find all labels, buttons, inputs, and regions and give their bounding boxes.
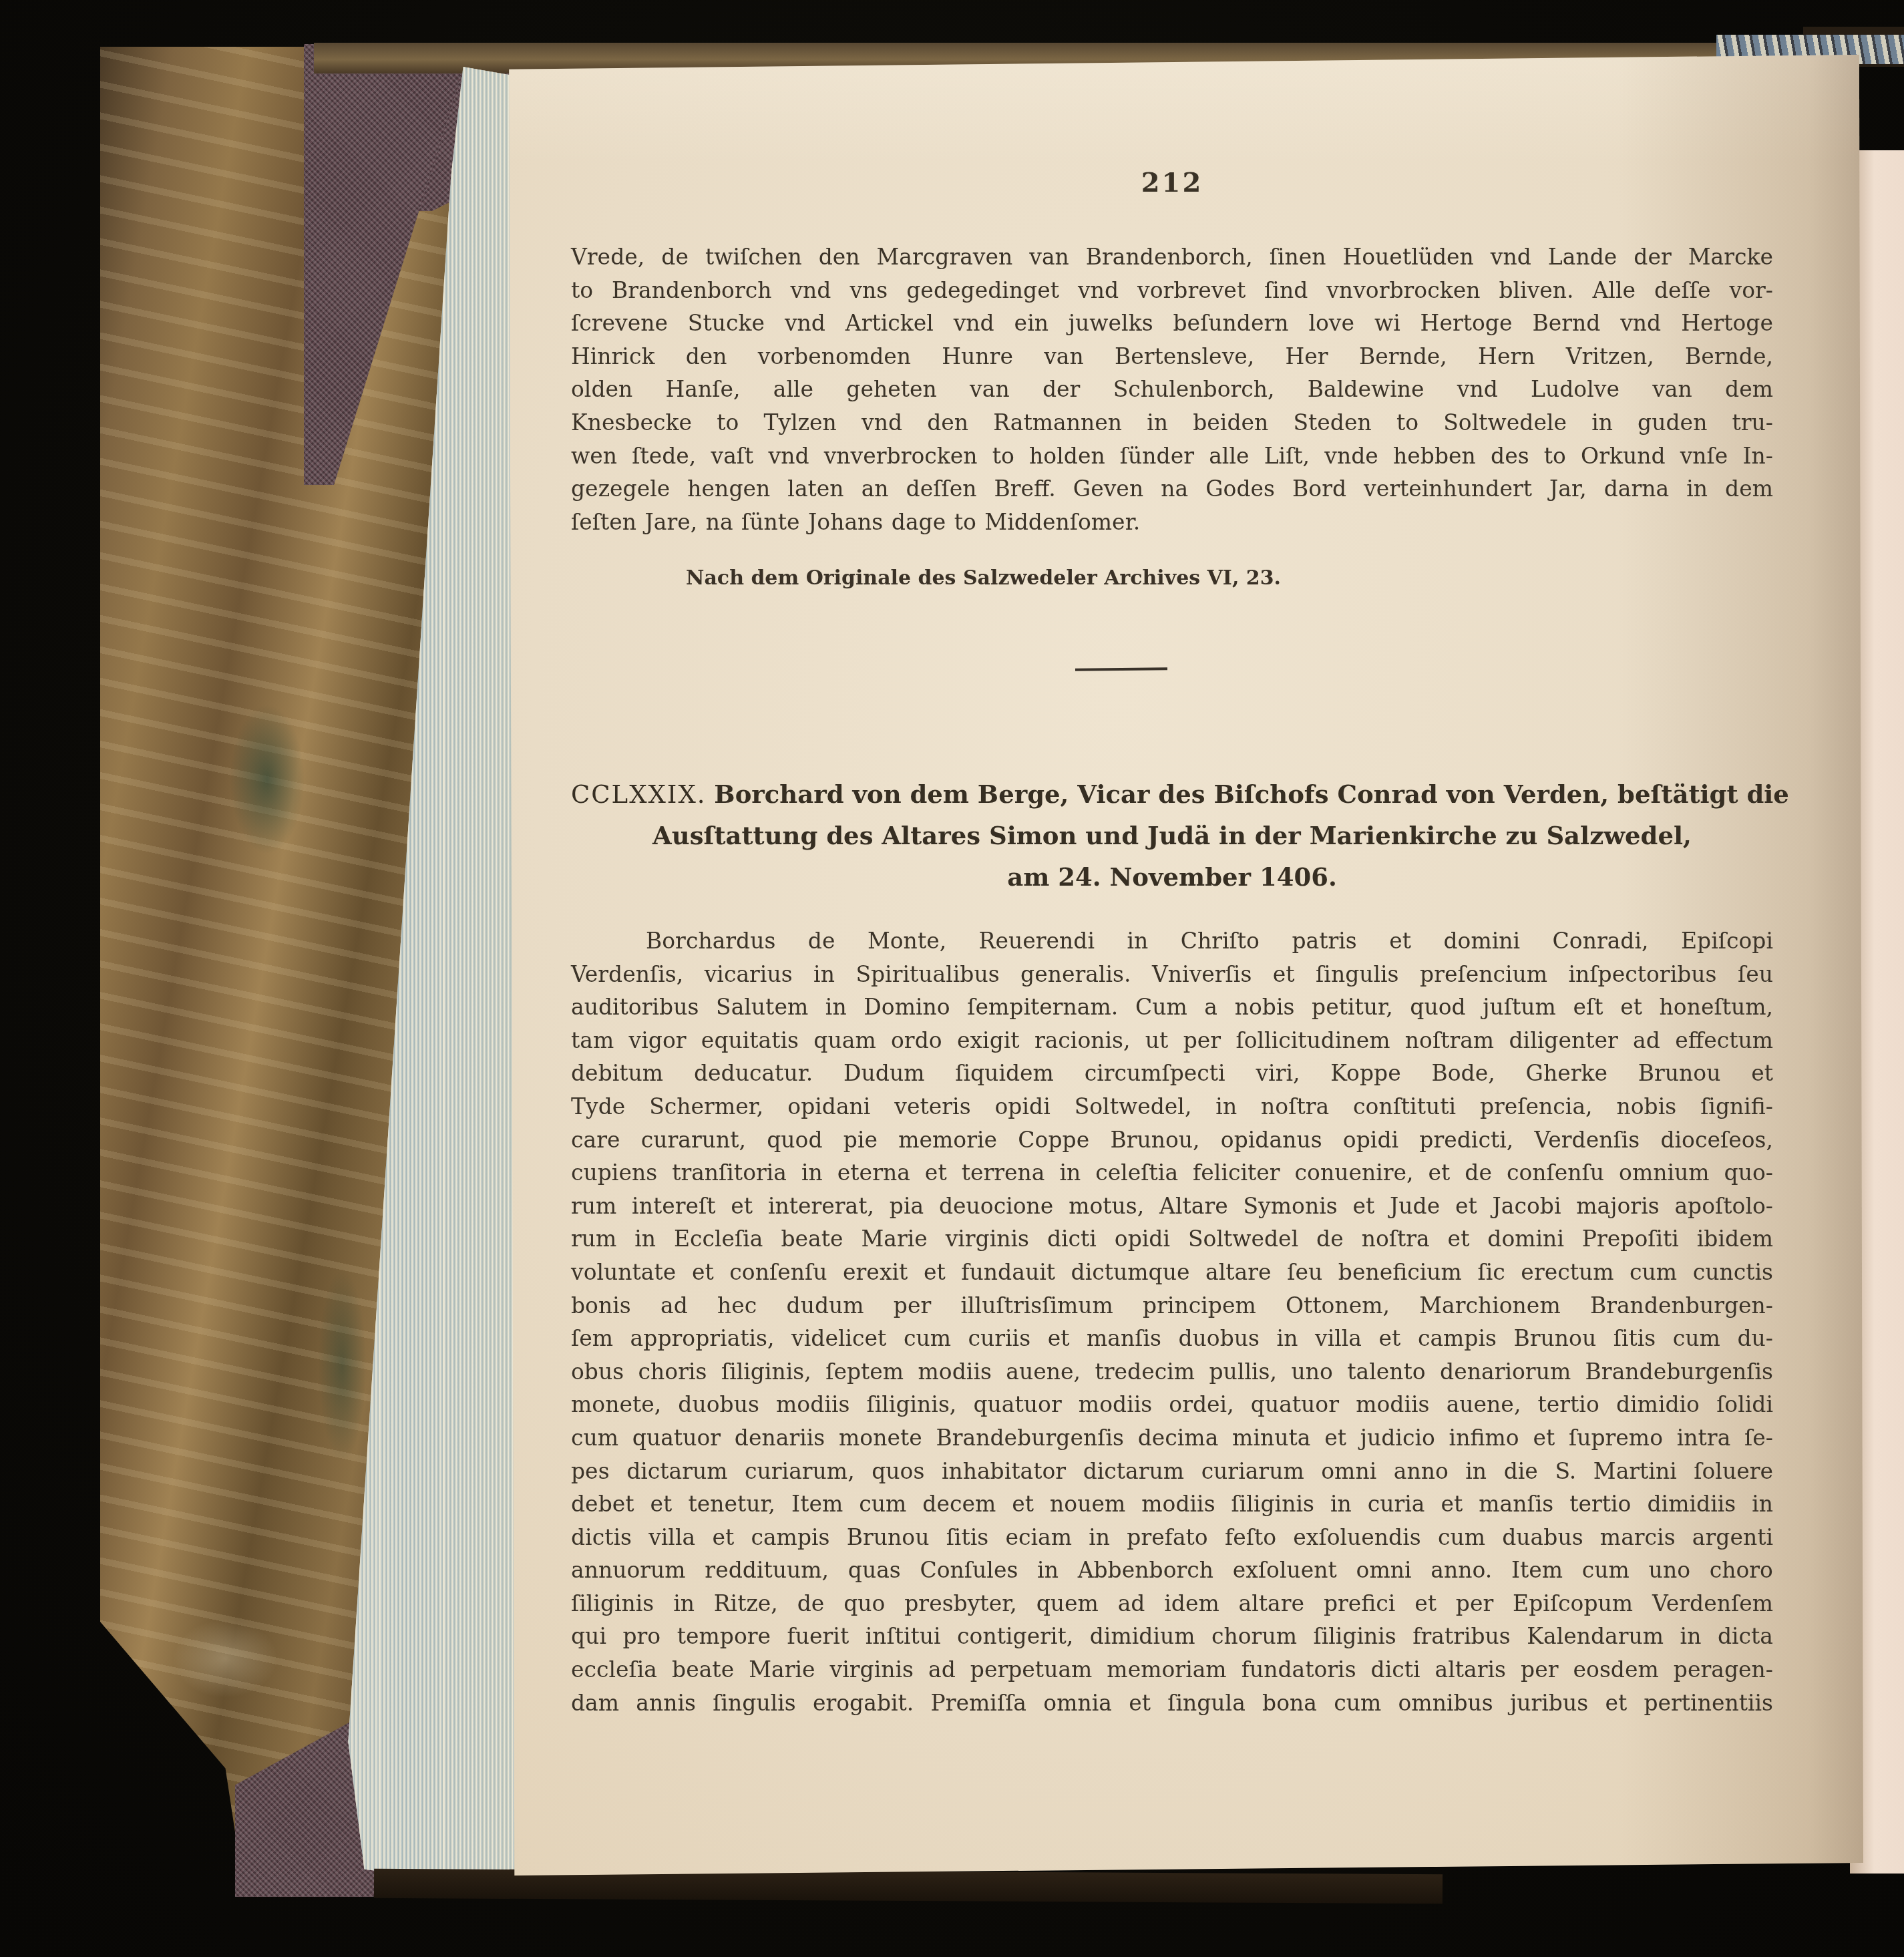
charter-body-paragraph: Borchardus de Monte, Reuerendi in Chriſt… (571, 924, 1773, 1719)
heading-line-1: CCLXXIX. Borchard von dem Berge, Vicar d… (571, 773, 1773, 815)
text-line: dictis villa et campis Brunou ſitis ecia… (571, 1521, 1773, 1554)
text-line: ſcrevene Stucke vnd Artickel vnd ein juw… (571, 307, 1773, 340)
text-line: olden Hanſe, alle geheten van der Schule… (571, 373, 1773, 406)
source-note: Nach dem Originale des Salzwedeler Archi… (686, 566, 1281, 590)
text-line: ſem appropriatis, videlicet cum curiis e… (571, 1322, 1773, 1355)
heading-line-2: Ausſtattung des Altares Simon und Judä i… (571, 815, 1773, 856)
heading-line-3: am 24. November 1406. (571, 856, 1773, 898)
text-line: auditoribus Salutem in Domino ſempiterna… (571, 991, 1773, 1024)
text-column: 212 Vrede, de twiſchen den Marcgraven va… (571, 55, 1773, 1876)
text-line: ſeſten Jare, na ſünte Johans dage to Mid… (571, 506, 1773, 539)
text-line: ſiliginis in Ritze, de quo presbyter, qu… (571, 1587, 1773, 1620)
charter-heading: CCLXXIX. Borchard von dem Berge, Vicar d… (571, 773, 1773, 898)
text-line: Tyde Schermer, opidani veteris opidi Sol… (571, 1090, 1773, 1123)
book-scan-photo: 212 Vrede, de twiſchen den Marcgraven va… (0, 0, 1904, 1957)
text-line: gezegele hengen laten an deſſen Breff. G… (571, 472, 1773, 506)
text-line: Verdenſis, vicarius in Spiritualibus gen… (571, 958, 1773, 991)
page: 212 Vrede, de twiſchen den Marcgraven va… (502, 55, 1863, 1876)
text-line: cum quatuor denariis monete Brandeburgen… (571, 1421, 1773, 1455)
text-line: qui pro tempore fuerit inſtitui contiger… (571, 1620, 1773, 1653)
text-line: to Brandenborch vnd vns gedegedinget vnd… (571, 274, 1773, 307)
text-line: monete, duobus modiis ſiliginis, quatuor… (571, 1388, 1773, 1421)
text-line: tam vigor equitatis quam ordo exigit rac… (571, 1024, 1773, 1057)
separator-rule (1075, 667, 1167, 671)
text-line: debet et tenetur, Item cum decem et noue… (571, 1487, 1773, 1521)
text-line: annuorum reddituum, quas Conſules in Abb… (571, 1554, 1773, 1587)
text-line: rum intereſt et intererat, pia deuocione… (571, 1190, 1773, 1223)
text-line: cupiens tranſitoria in eterna et terrena… (571, 1156, 1773, 1190)
text-line: voluntate et conſenſu erexit et fundauit… (571, 1256, 1773, 1289)
text-line: Borchardus de Monte, Reuerendi in Chriſt… (571, 924, 1773, 958)
text-line: pes dictarum curiarum, quos inhabitator … (571, 1455, 1773, 1488)
text-line: Knesbecke to Tylzen vnd den Ratmannen in… (571, 406, 1773, 439)
text-line: bonis ad hec dudum per illuſtrisſimum pr… (571, 1289, 1773, 1322)
charter-numeral: CCLXXIX. (571, 780, 707, 809)
continuation-paragraph: Vrede, de twiſchen den Marcgraven van Br… (571, 240, 1773, 538)
text-line: debitum deducatur. Dudum ſiquidem circum… (571, 1057, 1773, 1090)
text-line: Vrede, de twiſchen den Marcgraven van Br… (571, 240, 1773, 274)
text-line: dam annis ſingulis erogabit. Premiſſa om… (571, 1686, 1773, 1720)
text-line: eccleſia beate Marie virginis ad perpetu… (571, 1653, 1773, 1686)
text-line: obus choris ſiliginis, ſeptem modiis aue… (571, 1355, 1773, 1389)
page-number: 212 (571, 167, 1773, 198)
text-line: wen ſtede, vaſt vnd vnverbrocken to hold… (571, 439, 1773, 473)
text-line: care curarunt, quod pie memorie Coppe Br… (571, 1123, 1773, 1157)
text-line: Hinrick den vorbenomden Hunre van Berten… (571, 340, 1773, 373)
heading-title-part-1: Borchard von dem Berge, Vicar des Biſcho… (714, 779, 1789, 809)
text-line: rum in Eccleſia beate Marie virginis dic… (571, 1222, 1773, 1256)
